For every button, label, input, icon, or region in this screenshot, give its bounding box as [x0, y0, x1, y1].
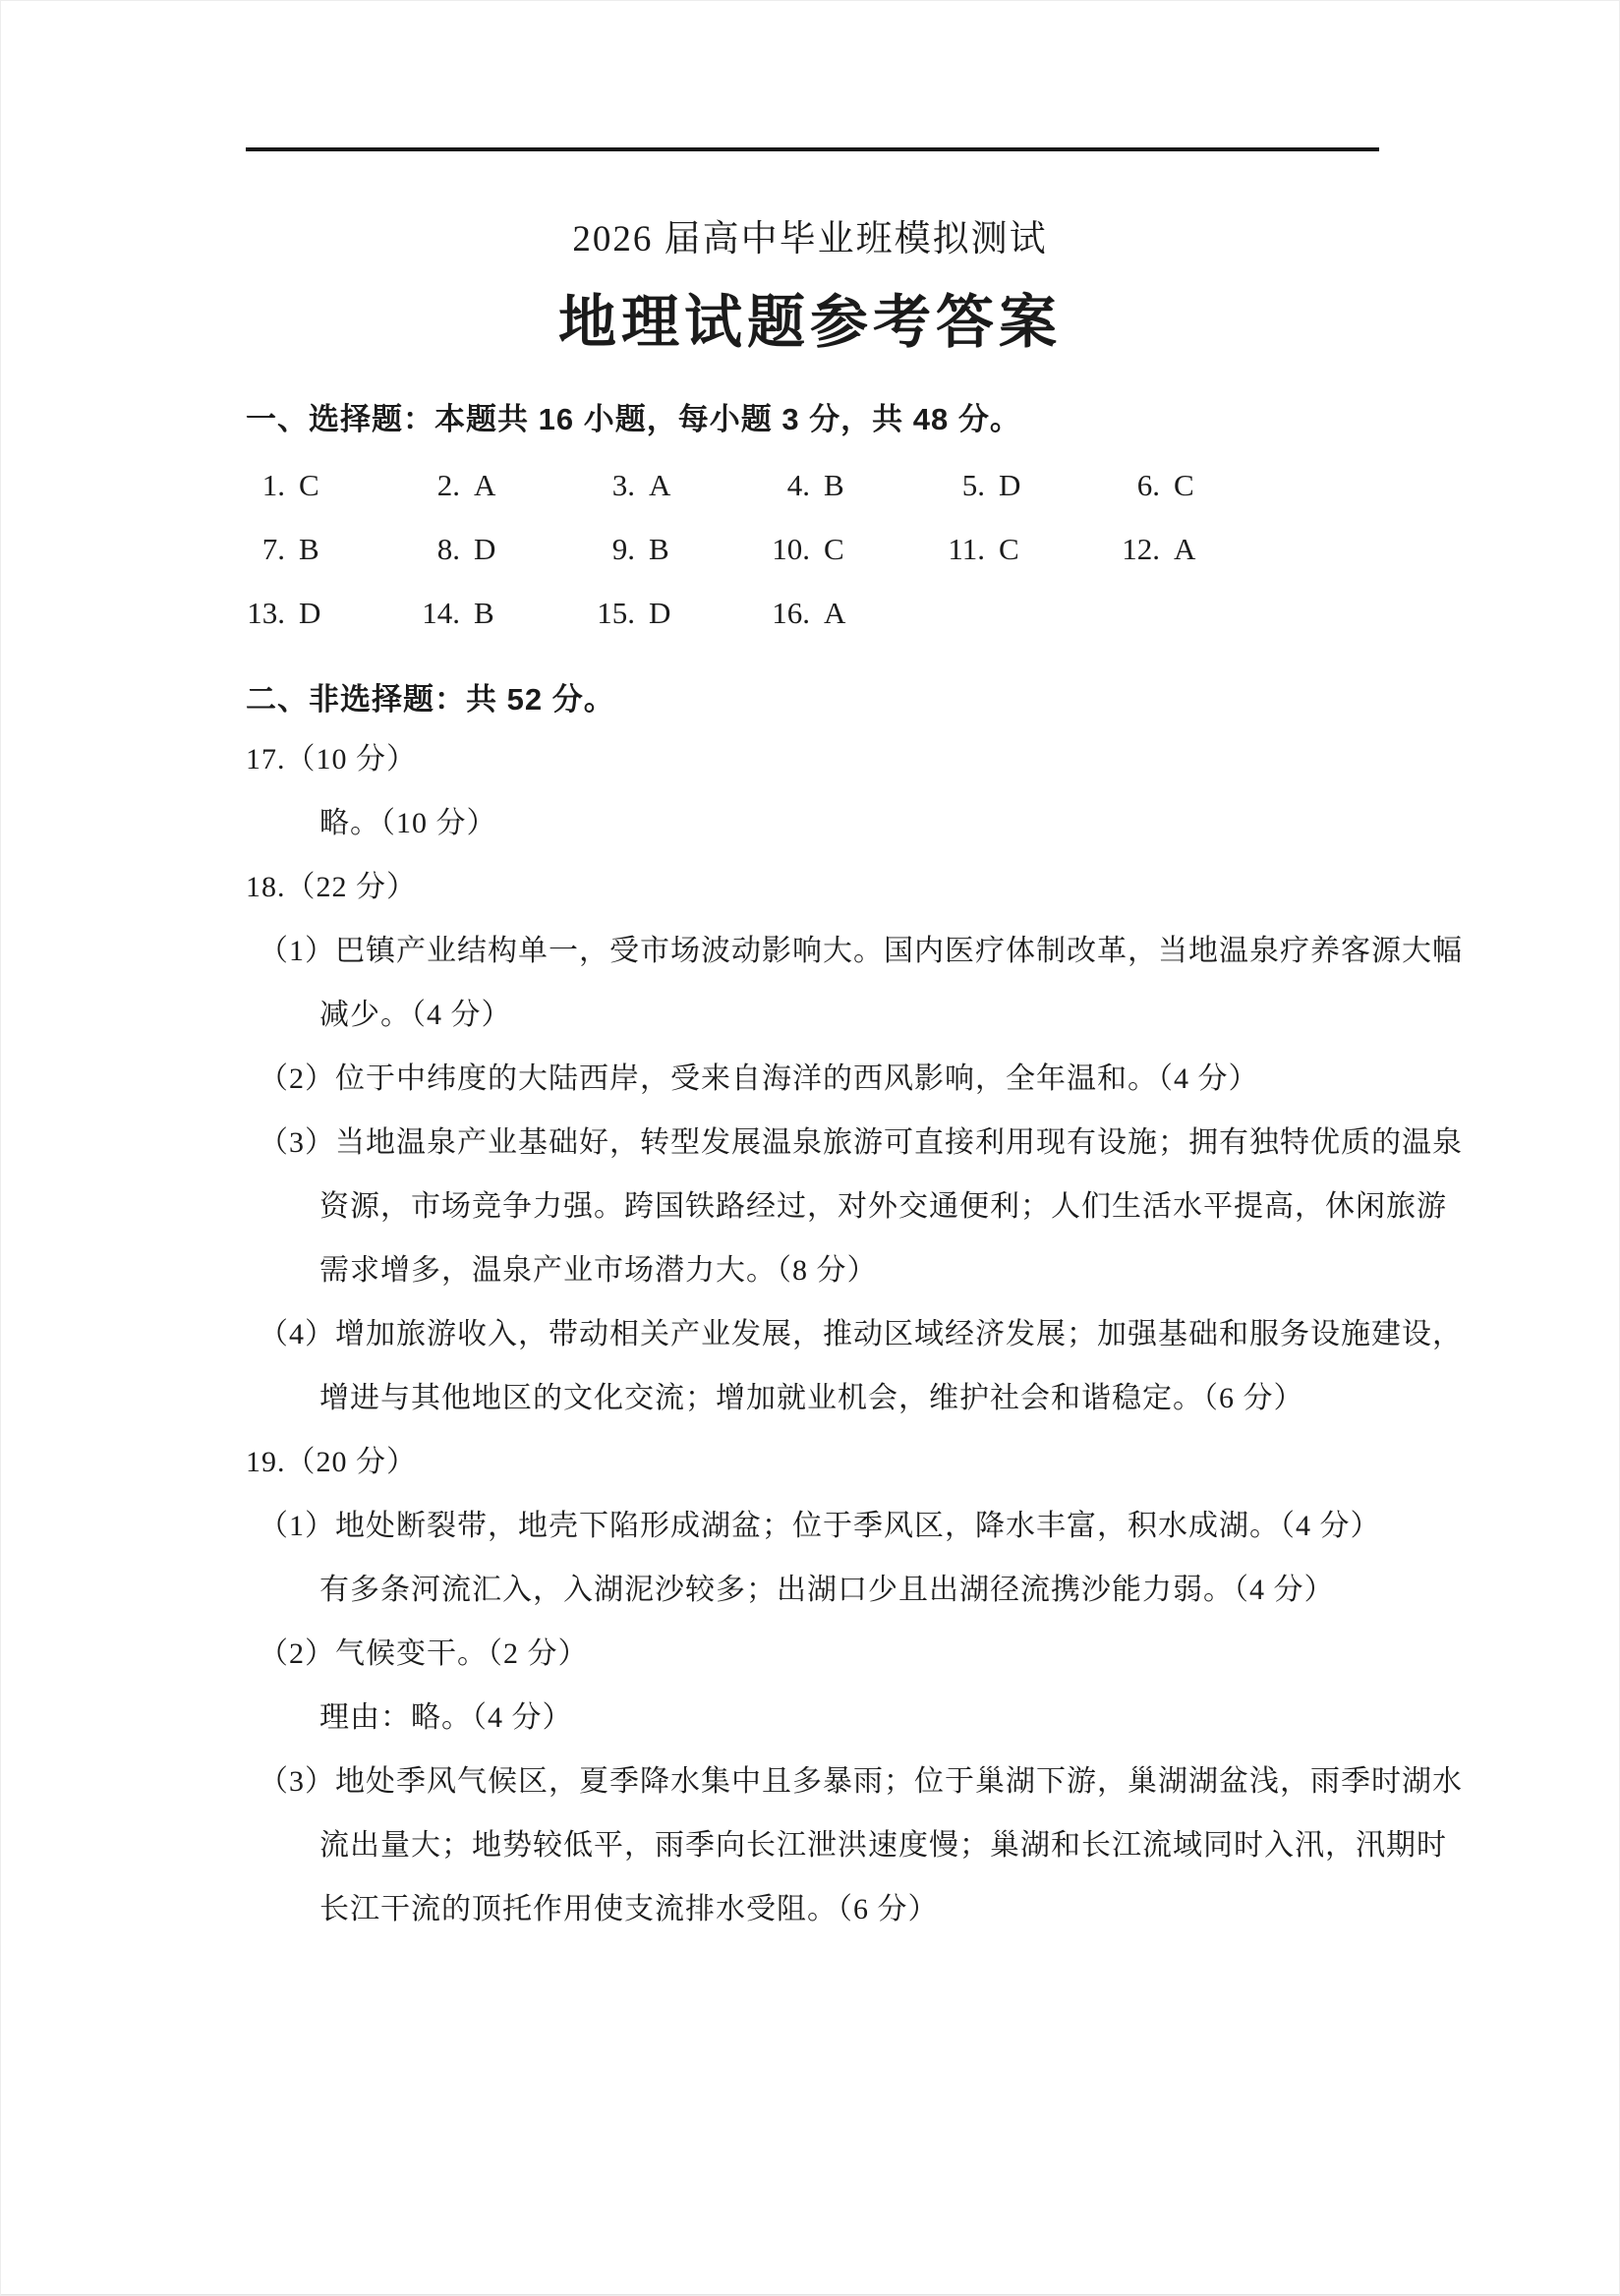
mc-answer-9: 9.B	[586, 517, 761, 581]
answer-line-q19-2: （2）气候变干。（2 分）	[0, 1622, 1620, 1686]
mc-answer-5: 5.D	[936, 453, 1111, 517]
mc-answer-3: 3.A	[586, 453, 761, 517]
question-number: 2.	[411, 453, 460, 517]
answer-letter: A	[1174, 517, 1195, 581]
mc-answer-6: 6.C	[1111, 453, 1286, 517]
answer-letter: B	[649, 517, 669, 581]
answer-line: 有多条河流汇入，入湖泥沙较多；出湖口少且出湖径流携沙能力弱。（4 分）	[0, 1558, 1620, 1622]
answer-letter: D	[474, 517, 495, 581]
mc-answer-11: 11.C	[936, 517, 1111, 581]
question-number: 12.	[1111, 517, 1160, 581]
mc-answer-13: 13.D	[236, 581, 411, 645]
question-number: 10.	[761, 517, 810, 581]
answer-line-q18-1: （1）巴镇产业结构单一，受市场波动影响大。国内医疗体制改革，当地温泉疗养客源大幅	[0, 919, 1620, 983]
answer-line: 资源，市场竞争力强。跨国铁路经过，对外交通便利；人们生活水平提高，休闲旅游	[0, 1175, 1620, 1238]
answer-letter: A	[474, 453, 495, 517]
answer-line-q19-3: （3）地处季风气候区，夏季降水集中且多暴雨；位于巢湖下游，巢湖湖盆浅，雨季时湖水	[0, 1750, 1620, 1813]
question-number: 3.	[586, 453, 635, 517]
answer-line: 流出量大；地势较低平，雨季向长江泄洪速度慢；巢湖和长江流域同时入汛，汛期时	[0, 1813, 1620, 1877]
free-response-answers: 17.（10 分） 略。（10 分） 18.（22 分） （1）巴镇产业结构单一…	[0, 727, 1620, 1941]
mc-answer-12: 12.A	[1111, 517, 1286, 581]
multiple-choice-answers: 1.C 2.A 3.A 4.B 5.D 6.C 7.B 8.D 9.B 10.C…	[236, 453, 1286, 645]
question-number: 16.	[761, 581, 810, 645]
mc-answer-1: 1.C	[236, 453, 411, 517]
question-number: 5.	[936, 453, 985, 517]
mc-answer-16: 16.A	[761, 581, 936, 645]
answer-letter: C	[999, 517, 1019, 581]
question-number: 15.	[586, 581, 635, 645]
answer-letter: B	[824, 453, 844, 517]
answer-letter: D	[299, 581, 320, 645]
answer-line-q18-4: （4）增加旅游收入，带动相关产业发展，推动区域经济发展；加强基础和服务设施建设，	[0, 1302, 1620, 1366]
mc-answer-2: 2.A	[411, 453, 586, 517]
answer-letter: D	[649, 581, 670, 645]
section-1-heading: 一、选择题：本题共 16 小题，每小题 3 分，共 48 分。	[246, 388, 1021, 451]
mc-answer-10: 10.C	[761, 517, 936, 581]
answer-letter: A	[824, 581, 845, 645]
answer-line-q18: 18.（22 分）	[0, 855, 1620, 919]
page-title: 地理试题参考答案	[0, 278, 1620, 367]
mc-answer-15: 15.D	[586, 581, 761, 645]
answer-line-q18-2: （2）位于中纬度的大陆西岸，受来自海洋的西风影响，全年温和。（4 分）	[0, 1047, 1620, 1111]
question-number: 4.	[761, 453, 810, 517]
answer-line: 理由：略。（4 分）	[0, 1686, 1620, 1750]
mc-answer-8: 8.D	[411, 517, 586, 581]
mc-answer-4: 4.B	[761, 453, 936, 517]
exam-subtitle: 2026 届高中毕业班模拟测试	[0, 208, 1620, 271]
answer-letter: B	[474, 581, 494, 645]
answer-letter: B	[299, 517, 319, 581]
answer-letter: D	[999, 453, 1020, 517]
answer-line: 略。（10 分）	[0, 791, 1620, 855]
question-number: 14.	[411, 581, 460, 645]
answer-line: 需求增多，温泉产业市场潜力大。（8 分）	[0, 1238, 1620, 1302]
answer-line: 增进与其他地区的文化交流；增加就业机会，维护社会和谐稳定。（6 分）	[0, 1366, 1620, 1430]
answer-sheet-page: 2026 届高中毕业班模拟测试 地理试题参考答案 一、选择题：本题共 16 小题…	[0, 0, 1620, 2296]
answer-letter: C	[1174, 453, 1194, 517]
mc-answer-7: 7.B	[236, 517, 411, 581]
section-2-heading: 二、非选择题：共 52 分。	[246, 668, 615, 731]
question-number: 6.	[1111, 453, 1160, 517]
header-rule	[246, 147, 1379, 151]
question-number: 11.	[936, 517, 985, 581]
question-number: 13.	[236, 581, 285, 645]
answer-line-q18-3: （3）当地温泉产业基础好，转型发展温泉旅游可直接利用现有设施；拥有独特优质的温泉	[0, 1111, 1620, 1175]
question-number: 1.	[236, 453, 285, 517]
answer-line-q19-1: （1）地处断裂带，地壳下陷形成湖盆；位于季风区，降水丰富，积水成湖。（4 分）	[0, 1494, 1620, 1558]
question-number: 8.	[411, 517, 460, 581]
answer-letter: C	[824, 517, 844, 581]
answer-line: 减少。（4 分）	[0, 983, 1620, 1047]
question-number: 7.	[236, 517, 285, 581]
mc-answer-14: 14.B	[411, 581, 586, 645]
answer-line-q17: 17.（10 分）	[0, 727, 1620, 791]
answer-line: 长江干流的顶托作用使支流排水受阻。（6 分）	[0, 1877, 1620, 1941]
question-number: 9.	[586, 517, 635, 581]
answer-line-q19: 19.（20 分）	[0, 1430, 1620, 1494]
answer-letter: C	[299, 453, 319, 517]
answer-letter: A	[649, 453, 670, 517]
